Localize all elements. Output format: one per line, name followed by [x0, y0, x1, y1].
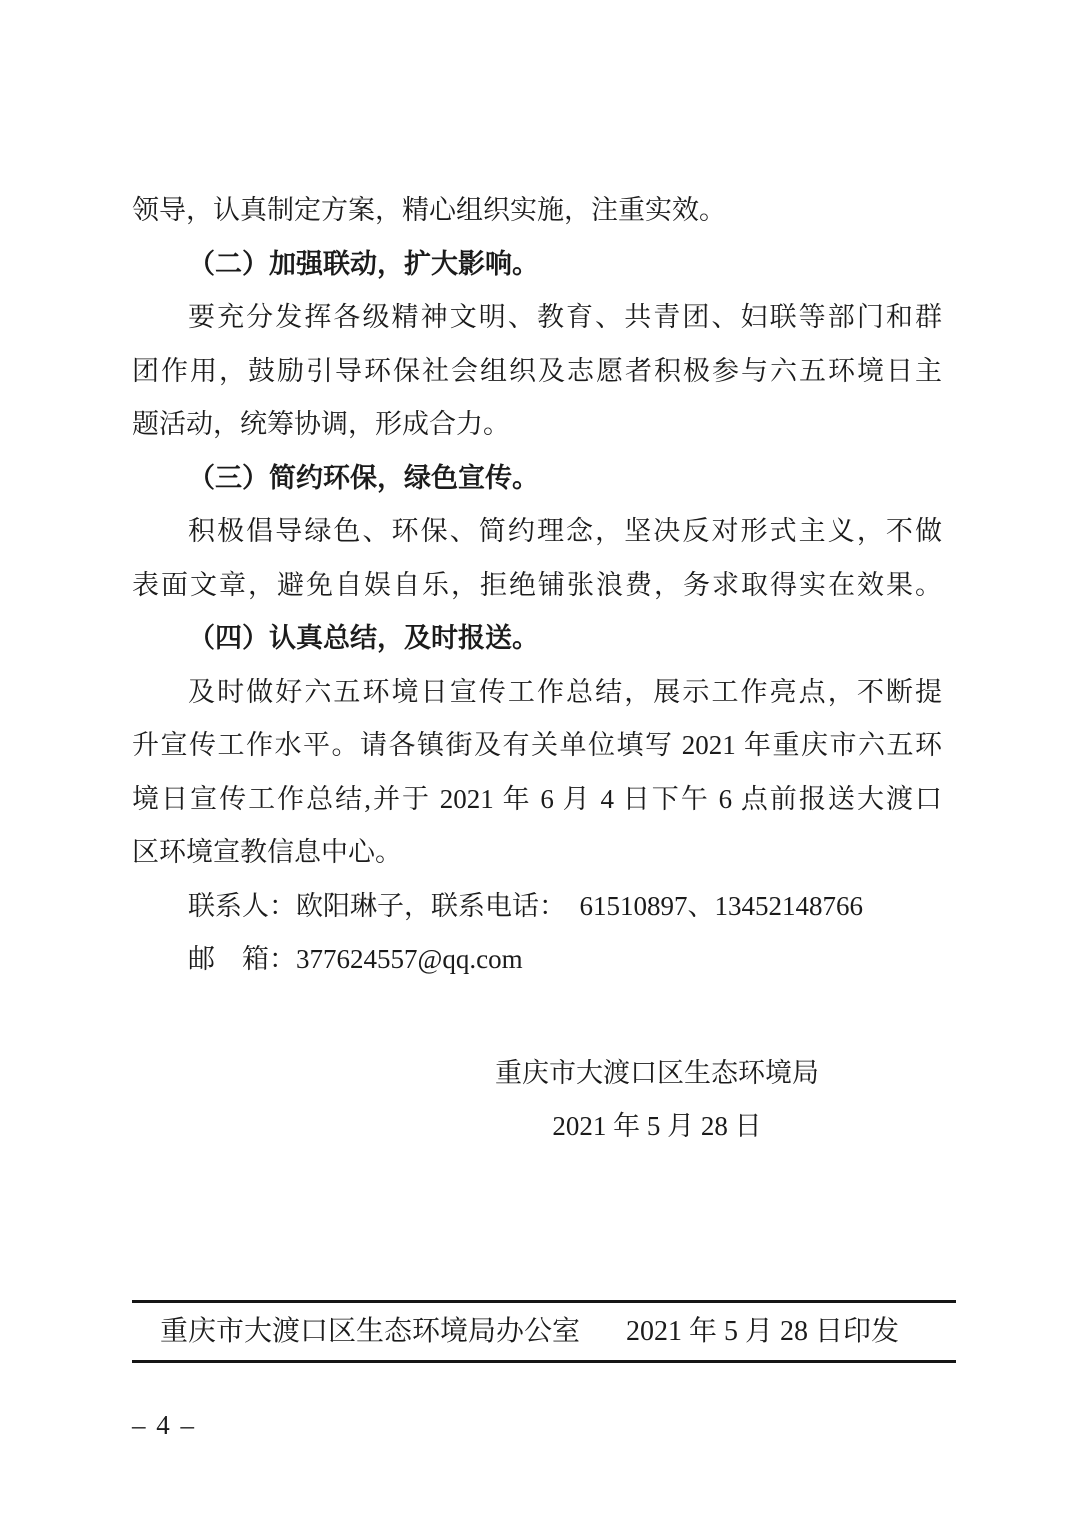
section-heading-4: （四）认真总结，及时报送。 — [132, 612, 942, 666]
issuing-agency: 重庆市大渡口区生态环境局 — [372, 1047, 942, 1101]
paragraph-line: 境日宣传工作总结,并于 2021 年 6 月 4 日下午 6 点前报送大渡口 — [132, 773, 942, 827]
document-page: 领导，认真制定方案，精心组织实施，注重实效。 （二）加强联动，扩大影响。 要充分… — [0, 0, 1074, 1520]
paragraph-line: 升宣传工作水平。请各镇街及有关单位填写 2021 年重庆市六五环 — [132, 719, 942, 773]
email-line: 邮 箱：377624557@qq.com — [132, 933, 942, 987]
paragraph-line: 团作用，鼓励引导环保社会组织及志愿者积极参与六五环境日主 — [132, 345, 942, 399]
paragraph-line: 及时做好六五环境日宣传工作总结，展示工作亮点，不断提 — [132, 666, 942, 720]
footer-bar: 重庆市大渡口区生态环境局办公室 2021 年 5 月 28 日印发 — [132, 1303, 956, 1360]
document-body: 领导，认真制定方案，精心组织实施，注重实效。 （二）加强联动，扩大影响。 要充分… — [132, 184, 942, 1154]
paragraph-line: 区环境宣教信息中心。 — [132, 826, 942, 880]
issue-date: 2021 年 5 月 28 日 — [372, 1100, 942, 1154]
print-date: 2021 年 5 月 28 日印发 — [626, 1303, 899, 1360]
footer-divider-bottom — [132, 1360, 956, 1363]
paragraph-line: 要充分发挥各级精神文明、教育、共青团、妇联等部门和群 — [132, 291, 942, 345]
signature-block: 重庆市大渡口区生态环境局 2021 年 5 月 28 日 — [372, 1047, 942, 1154]
paragraph-line: 积极倡导绿色、环保、简约理念，坚决反对形式主义，不做 — [132, 505, 942, 559]
page-number: – 4 – — [132, 1408, 196, 1442]
section-heading-2: （二）加强联动，扩大影响。 — [132, 238, 942, 292]
issuing-office: 重庆市大渡口区生态环境局办公室 — [160, 1303, 580, 1360]
section-heading-3: （三）简约环保，绿色宣传。 — [132, 452, 942, 506]
paragraph-continuation: 领导，认真制定方案，精心组织实施，注重实效。 — [132, 184, 942, 238]
paragraph-line: 表面文章，避免自娱自乐，拒绝铺张浪费，务求取得实在效果。 — [132, 559, 942, 613]
paragraph-line: 题活动，统筹协调，形成合力。 — [132, 398, 942, 452]
contact-line: 联系人：欧阳琳子，联系电话： 61510897、13452148766 — [132, 880, 942, 934]
